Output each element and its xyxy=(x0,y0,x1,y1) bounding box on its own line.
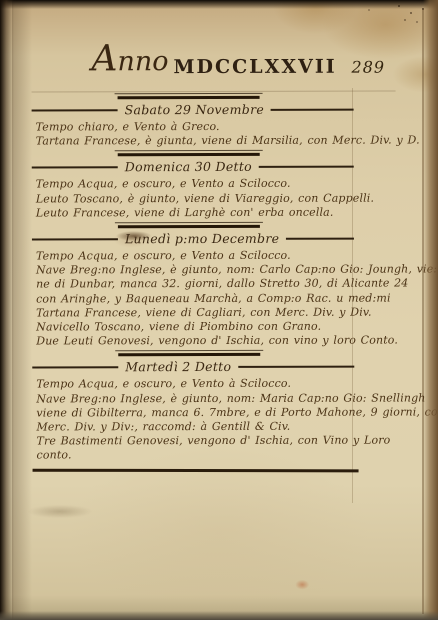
entry-line: conto. xyxy=(36,448,396,463)
heading-rule-right xyxy=(286,237,354,239)
entry-line: Tempo Acqua, e oscuro, e Vento à Scilocc… xyxy=(36,377,396,392)
page-content: Anno MDCCLXXVII 289 Sabato 29 Novembre T… xyxy=(31,50,396,472)
entry-heading: Domenica 30 Detto xyxy=(32,159,354,175)
entry-line: Nave Breg:no Inglese, è giunto, nom: Car… xyxy=(36,263,396,278)
photo-edge-left xyxy=(0,0,14,620)
journal-entry: Lunedì p:mo Decembre Tempo Acqua, e oscu… xyxy=(32,225,396,349)
heading-rule-right xyxy=(271,108,354,110)
entry-separator-rule xyxy=(118,96,260,99)
entry-line: con Aringhe, y Baqueneau Marchà, a Comp:… xyxy=(36,291,396,306)
heading-rule-left xyxy=(32,166,118,168)
entry-line: Tartana Francese, viene di Cagliari, con… xyxy=(36,305,396,320)
ink-bleedthrough-smudge xyxy=(28,505,92,518)
entry-separator-rule xyxy=(118,153,260,156)
entry-heading-text: Martedì 2 Detto xyxy=(125,359,231,374)
entry-line: Navicello Toscano, viene di Piombino con… xyxy=(36,320,396,335)
entry-line: Due Leuti Genovesi, vengono d' Ischia, c… xyxy=(36,334,396,349)
heading-rule-left xyxy=(32,238,118,240)
entry-lines: Tempo chiaro, e Vento à Greco.Tartana Fr… xyxy=(32,119,396,149)
entry-heading-text: Sabato 29 Novembre xyxy=(125,102,264,117)
entry-separator-rule xyxy=(118,353,260,356)
page-number: 289 xyxy=(351,58,385,77)
journal-entry: Martedì 2 Detto Tempo Acqua, e oscuro, e… xyxy=(32,353,396,463)
entry-lines: Tempo Acqua, e oscuro, e Vento a Scilocc… xyxy=(32,248,396,349)
title-anno-script: Anno xyxy=(91,46,168,77)
photo-edge-bottom xyxy=(0,611,438,620)
heading-rule-right xyxy=(238,366,354,368)
entry-line: Merc. Div. y Div:, raccomd: à Gentill & … xyxy=(36,420,396,435)
entry-heading: Sabato 29 Novembre xyxy=(32,102,354,118)
book-edge-right xyxy=(423,0,438,620)
journal-entry: Sabato 29 Novembre Tempo chiaro, e Vento… xyxy=(32,96,396,149)
entry-line: Tempo Acqua, e oscuro, e Vento a Scilocc… xyxy=(36,177,396,192)
heading-rule-left xyxy=(32,109,118,111)
entry-separator-rule xyxy=(118,225,260,228)
title-initial-capital: A xyxy=(91,38,117,79)
entry-line: Tre Bastimenti Genovesi, vengono d' Isch… xyxy=(36,434,396,449)
entry-line: Leuto Toscano, è giunto, viene di Viareg… xyxy=(36,191,396,206)
heading-rule-left xyxy=(32,366,118,368)
entry-line: Nave Breg:no Inglese, è giunto, nom: Mar… xyxy=(36,391,396,406)
closing-rule xyxy=(33,468,359,471)
entry-line: Tempo Acqua, e oscuro, e Vento a Scilocc… xyxy=(36,249,396,264)
entry-heading: Martedì 2 Detto xyxy=(32,359,354,375)
entries: Sabato 29 Novembre Tempo chiaro, e Vento… xyxy=(32,96,397,464)
entry-line: Tempo chiaro, e Vento à Greco. xyxy=(36,120,396,135)
binding-gutter-shadow xyxy=(12,0,32,620)
journal-entry: Domenica 30 Detto Tempo Acqua, e oscuro,… xyxy=(32,153,396,221)
photo-edge-top xyxy=(0,0,438,9)
entry-line: ne di Dunbar, manca 32. giorni, dallo St… xyxy=(36,277,396,292)
heading-rule-right xyxy=(259,166,354,168)
entry-heading: Lunedì p:mo Decembre xyxy=(32,231,354,247)
title-year-roman: MDCCLXXVII xyxy=(173,56,336,78)
entry-lines: Tempo Acqua, e oscuro, e Vento à Scilocc… xyxy=(32,376,396,463)
entry-line: viene di Gibilterra, manca 6. 7mbre, e d… xyxy=(36,405,396,420)
entry-heading-text: Lunedì p:mo Decembre xyxy=(125,231,279,246)
page-title: Anno MDCCLXXVII 289 xyxy=(31,50,395,93)
entry-lines: Tempo Acqua, e oscuro, e Vento a Scilocc… xyxy=(32,176,396,221)
entry-line: Tartana Francese, è giunta, viene di Mar… xyxy=(36,134,396,149)
entry-line: Leuto Francese, viene di Larghè con' erb… xyxy=(36,205,396,220)
title-anno-rest: nno xyxy=(117,46,168,77)
entry-heading-text: Domenica 30 Detto xyxy=(125,159,252,174)
